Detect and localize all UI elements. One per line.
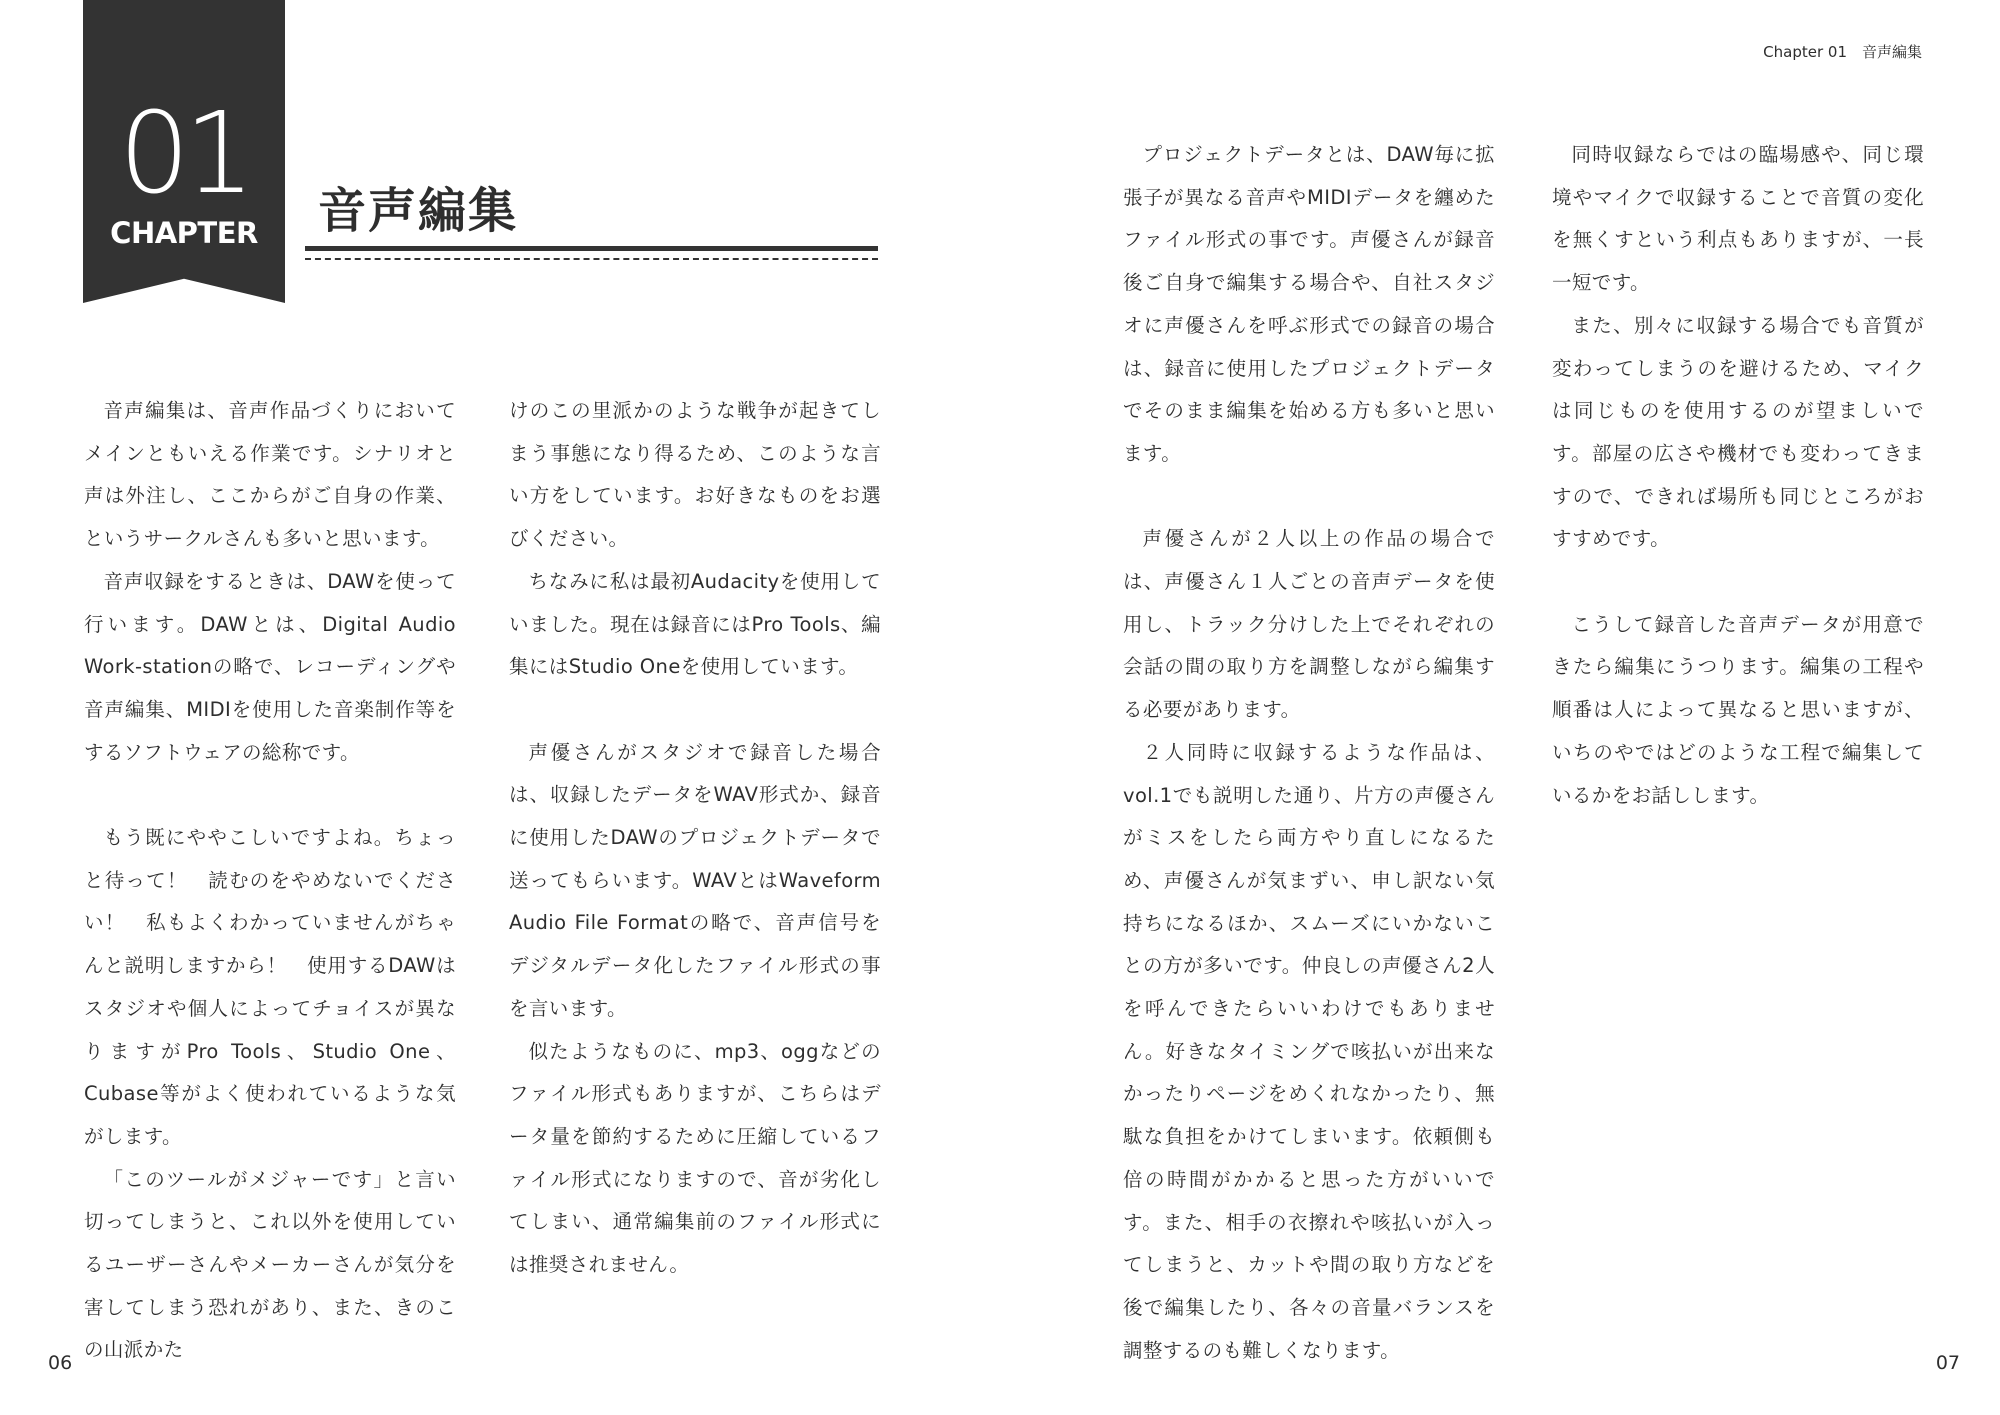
text-column-3: プロジェクトデータとは、DAW毎に拡張子が異なる音声やMIDIデータを纏めたファ…	[1123, 134, 1495, 1372]
chapter-label: CHAPTER	[83, 216, 285, 250]
paragraph: 「このツールがメジャーです」と言い切ってしまうと、これ以外を使用しているユーザー…	[84, 1159, 456, 1373]
paragraph: また、別々に収録する場合でも音質が変わってしまうのを避けるため、マイクは同じもの…	[1552, 305, 1924, 561]
text-column-4: 同時収録ならではの臨場感や、同じ環境やマイクで収録することで音質の変化を無くすと…	[1552, 134, 1924, 817]
paragraph: もう既にややこしいですよね。ちょっと待って！ 読むのをやめないでください！ 私も…	[84, 817, 456, 1159]
page-number-left: 06	[48, 1352, 72, 1374]
running-header: Chapter 01 音声編集	[1763, 41, 1922, 62]
paragraph: 音声編集は、音声作品づくりにおいてメインともいえる作業です。シナリオと声は外注し…	[84, 390, 456, 561]
paragraph: 同時収録ならではの臨場感や、同じ環境やマイクで収録することで音質の変化を無くすと…	[1552, 134, 1924, 305]
title-underline-dashed	[305, 258, 878, 260]
paragraph: 声優さんがスタジオで録音した場合は、収録したデータをWAV形式か、録音に使用した…	[509, 732, 881, 1031]
paragraph: ２人同時に収録するような作品は、vol.1でも説明した通り、片方の声優さんがミス…	[1123, 732, 1495, 1373]
paragraph-continuation: けのこの里派かのような戦争が起きてしまう事態になり得るため、このような言い方をし…	[509, 390, 881, 561]
title-underline-solid	[305, 246, 878, 251]
text-column-1: 音声編集は、音声作品づくりにおいてメインともいえる作業です。シナリオと声は外注し…	[84, 390, 456, 1372]
chapter-title: 音声編集	[318, 172, 518, 241]
paragraph: ちなみに私は最初Audacityを使用していました。現在は録音にはPro Too…	[509, 561, 881, 689]
paragraph: 声優さんが２人以上の作品の場合では、声優さん１人ごとの音声データを使用し、トラッ…	[1123, 518, 1495, 732]
left-page: 01 CHAPTER 音声編集 音声編集は、音声作品づくりにおいてメインともいえ…	[0, 0, 1000, 1415]
paragraph: 音声収録をするときは、DAWを使って行います。DAWとは、Digital Aud…	[84, 561, 456, 775]
paragraph: プロジェクトデータとは、DAW毎に拡張子が異なる音声やMIDIデータを纏めたファ…	[1123, 134, 1495, 476]
text-column-2: けのこの里派かのような戦争が起きてしまう事態になり得るため、このような言い方をし…	[509, 390, 881, 1287]
chapter-ribbon-badge: 01 CHAPTER	[83, 0, 285, 303]
paragraph: 似たようなものに、mp3、oggなどのファイル形式もありますが、こちらはデータ量…	[509, 1031, 881, 1287]
paragraph: こうして録音した音声データが用意できたら編集にうつります。編集の工程や順番は人に…	[1552, 604, 1924, 818]
page-number-right: 07	[1936, 1352, 1960, 1374]
chapter-number: 01	[83, 104, 285, 204]
